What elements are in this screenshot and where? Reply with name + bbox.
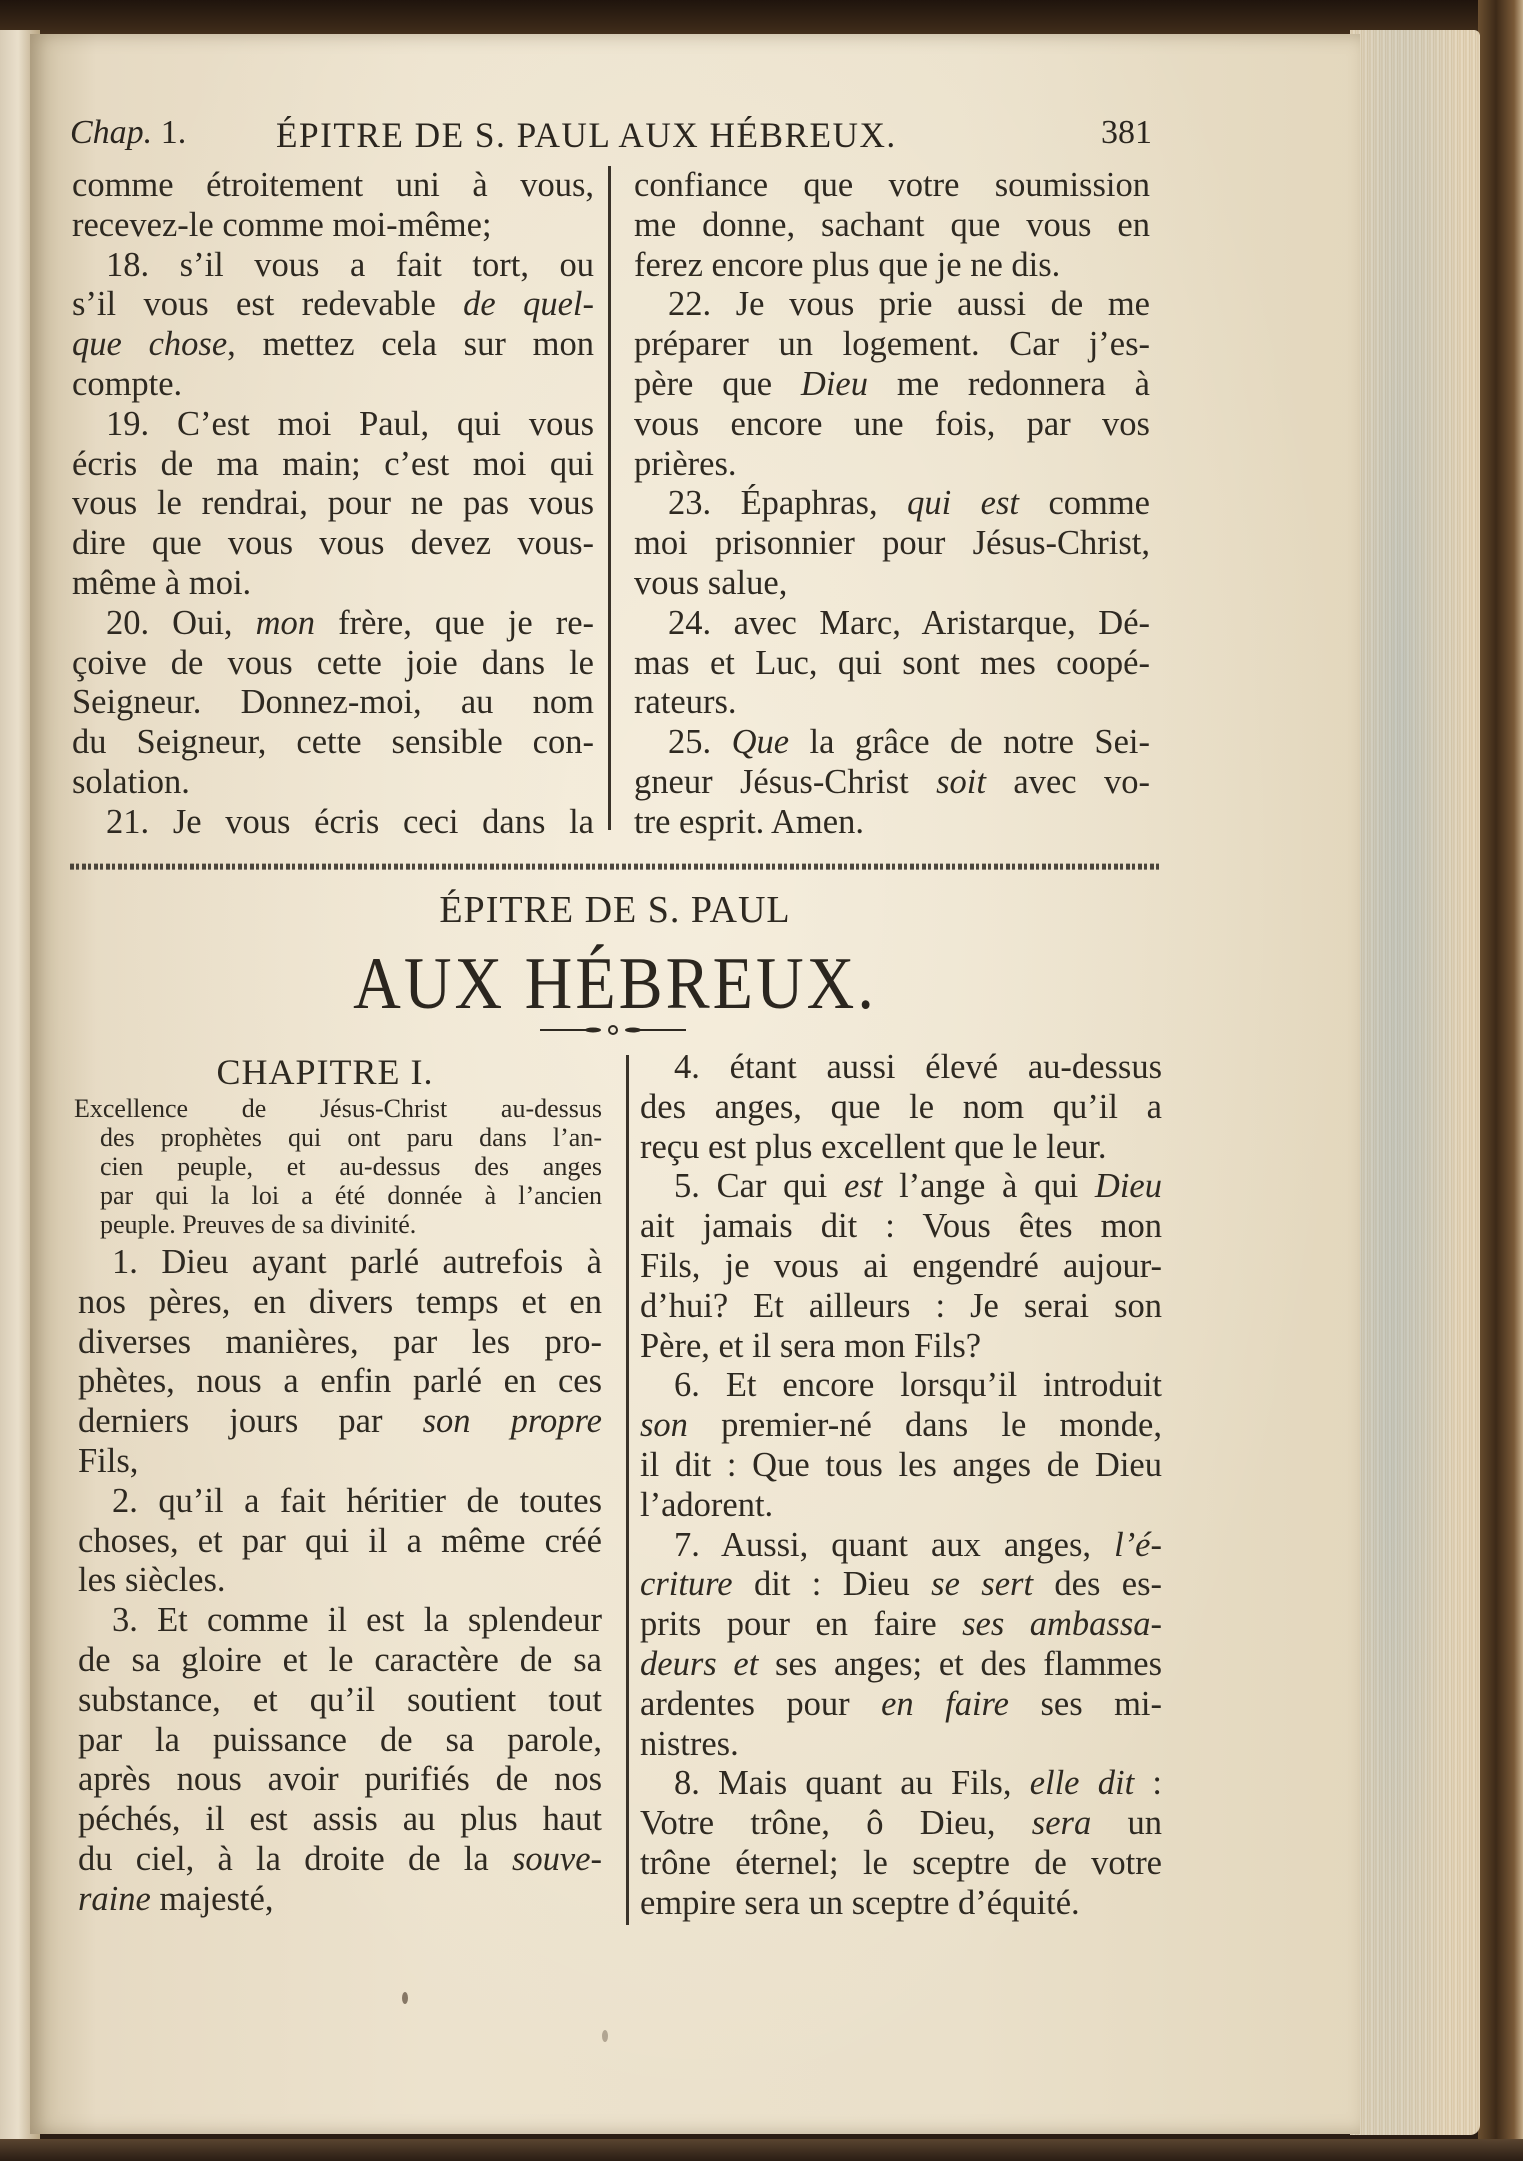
text-line: solation. (72, 763, 594, 803)
text-line: s’il vous est redevable de quel- (72, 285, 594, 325)
text-line: 22. Je vous prie aussi de me (634, 285, 1150, 325)
text-line: par qui la loi a été donnée à l’ancien (74, 1181, 602, 1210)
column-divider (626, 1055, 629, 1925)
text-line: 23. Épaphras, qui est comme (634, 484, 1150, 524)
paper-speck (402, 1992, 408, 2004)
text-line: 2. qu’il a fait héritier de toutes (78, 1482, 602, 1522)
text-line: moi prisonnier pour Jésus-Christ, (634, 524, 1150, 564)
text-line: me donne, sachant que vous en (634, 206, 1150, 246)
text-line: Fils, je vous ai engendré aujour- (640, 1247, 1162, 1287)
text-line: tre esprit. Amen. (634, 803, 1150, 843)
flourish-ornament (538, 1024, 688, 1036)
chapter-1-verses-left: 1. Dieu ayant parlé autrefois ànos pères… (78, 1243, 602, 1920)
text-line: des anges, que le nom qu’il a (640, 1088, 1162, 1128)
text-line: 25. Que la grâce de notre Sei- (634, 723, 1150, 763)
text-line: péchés, il est assis au plus haut (78, 1800, 602, 1840)
text-line: diverses manières, par les pro- (78, 1323, 602, 1363)
text-line: préparer un logement. Car j’es- (634, 325, 1150, 365)
text-line: par la puissance de sa parole, (78, 1721, 602, 1761)
chapter-heading: CHAPITRE I. (48, 1050, 602, 1094)
text-line: comme étroitement uni à vous, (72, 166, 594, 206)
running-head-chapter: Chap. 1. (70, 114, 186, 152)
text-line: çoive de vous cette joie dans le (72, 644, 594, 684)
text-line: du Seigneur, cette sensible con- (72, 723, 594, 763)
text-line: 1. Dieu ayant parlé autrefois à (78, 1243, 602, 1283)
text-line: vous le rendrai, pour ne pas vous (72, 484, 594, 524)
text-line: 24. avec Marc, Aristarque, Dé- (634, 604, 1150, 644)
book-cover-edge (1478, 0, 1523, 2161)
text-line: Fils, (78, 1442, 602, 1482)
text-line: 20. Oui, mon frère, que je re- (72, 604, 594, 644)
text-line: écris de ma main; c’est moi qui (72, 445, 594, 485)
text-line: 18. s’il vous a fait tort, ou (72, 246, 594, 286)
text-line: père que Dieu me redonnera à (634, 365, 1150, 405)
text-line: recevez-le comme moi-même; (72, 206, 594, 246)
text-line: prières. (634, 445, 1150, 485)
text-line: il dit : Que tous les anges de Dieu (640, 1446, 1162, 1486)
text-line: substance, et qu’il soutient tout (78, 1681, 602, 1721)
text-line: 21. Je vous écris ceci dans la (72, 803, 594, 843)
text-line: vous encore une fois, par vos (634, 405, 1150, 445)
chapter-summary: Excellence de Jésus-Christ au-dessusdes … (74, 1094, 602, 1239)
text-line: même à moi. (72, 564, 594, 604)
page-edges (1350, 30, 1480, 2135)
text-line: prits pour en faire ses ambassa- (640, 1605, 1162, 1645)
text-line: d’hui? Et ailleurs : Je serai son (640, 1287, 1162, 1327)
text-line: trône éternel; le sceptre de votre (640, 1844, 1162, 1884)
text-line: vous salue, (634, 564, 1150, 604)
text-line: l’adorent. (640, 1486, 1162, 1526)
text-line: après nous avoir purifiés de nos (78, 1760, 602, 1800)
text-line: derniers jours par son propre (78, 1402, 602, 1442)
text-line: peuple. Preuves de sa divinité. (74, 1210, 602, 1239)
chapter-1-left-column: CHAPITRE I. Excellence de Jésus-Christ a… (78, 1050, 602, 1920)
previous-epistle-right-column: confiance que votre soumissionme donne, … (634, 166, 1150, 843)
text-line: dire que vous vous devez vous- (72, 524, 594, 564)
text-line: Père, et il sera mon Fils? (640, 1327, 1162, 1367)
text-line: criture dit : Dieu se sert des es- (640, 1565, 1162, 1605)
text-line: nos pères, en divers temps et en (78, 1283, 602, 1323)
text-line: rateurs. (634, 683, 1150, 723)
previous-epistle-left-column: comme étroitement uni à vous,recevez-le … (72, 166, 594, 843)
text-line: 7. Aussi, quant aux anges, l’é- (640, 1526, 1162, 1566)
text-line: Votre trône, ô Dieu, sera un (640, 1804, 1162, 1844)
text-line: que chose, mettez cela sur mon (72, 325, 594, 365)
column-divider (608, 166, 611, 830)
book-binding-bottom (0, 2139, 1523, 2161)
text-line: gneur Jésus-Christ soit avec vo- (634, 763, 1150, 803)
text-line: 4. étant aussi élevé au-dessus (640, 1048, 1162, 1088)
text-line: raine majesté, (78, 1880, 602, 1920)
text-line: 19. C’est moi Paul, qui vous (72, 405, 594, 445)
text-line: phètes, nous a enfin parlé en ces (78, 1362, 602, 1402)
text-line: son premier-né dans le monde, (640, 1406, 1162, 1446)
text-line: compte. (72, 365, 594, 405)
text-line: du ciel, à la droite de la souve- (78, 1840, 602, 1880)
text-line: Excellence de Jésus-Christ au-dessus (74, 1094, 602, 1123)
text-line: confiance que votre soumission (634, 166, 1150, 206)
text-line: des prophètes qui ont paru dans l’an- (74, 1123, 602, 1152)
running-head-title: ÉPITRE DE S. PAUL AUX HÉBREUX. (276, 114, 897, 156)
text-line: deurs et ses anges; et des flammes (640, 1645, 1162, 1685)
text-line: mas et Luc, qui sont mes coopé- (634, 644, 1150, 684)
text-line: ait jamais dit : Vous êtes mon (640, 1207, 1162, 1247)
text-line: de sa gloire et le caractère de sa (78, 1641, 602, 1681)
text-line: ardentes pour en faire ses mi- (640, 1685, 1162, 1725)
text-line: cien peuple, et au-dessus des anges (74, 1152, 602, 1181)
book-title-line-1: ÉPITRE DE S. PAUL (0, 888, 1230, 932)
book-title-line-2: AUX HÉBREUX. (0, 942, 1230, 1027)
chapter-1-right-column: 4. étant aussi élevé au-dessusdes anges,… (640, 1048, 1162, 1924)
text-line: empire sera un sceptre d’équité. (640, 1884, 1162, 1924)
text-line: choses, et par qui il a même créé (78, 1522, 602, 1562)
page-number: 381 (1101, 114, 1152, 152)
text-line: Seigneur. Donnez-moi, au nom (72, 683, 594, 723)
text-line: ferez encore plus que je ne dis. (634, 246, 1150, 286)
text-line: 5. Car qui est l’ange à qui Dieu (640, 1167, 1162, 1207)
text-line: 6. Et encore lorsqu’il introduit (640, 1366, 1162, 1406)
text-line: 3. Et comme il est la splendeur (78, 1601, 602, 1641)
text-line: 8. Mais quant au Fils, elle dit : (640, 1764, 1162, 1804)
running-head: Chap. 1. ÉPITRE DE S. PAUL AUX HÉBREUX. … (70, 114, 1150, 158)
text-line: les siècles. (78, 1561, 602, 1601)
paper-speck (602, 2030, 608, 2042)
text-line: nistres. (640, 1725, 1162, 1765)
text-line: reçu est plus excellent que le leur. (640, 1128, 1162, 1168)
